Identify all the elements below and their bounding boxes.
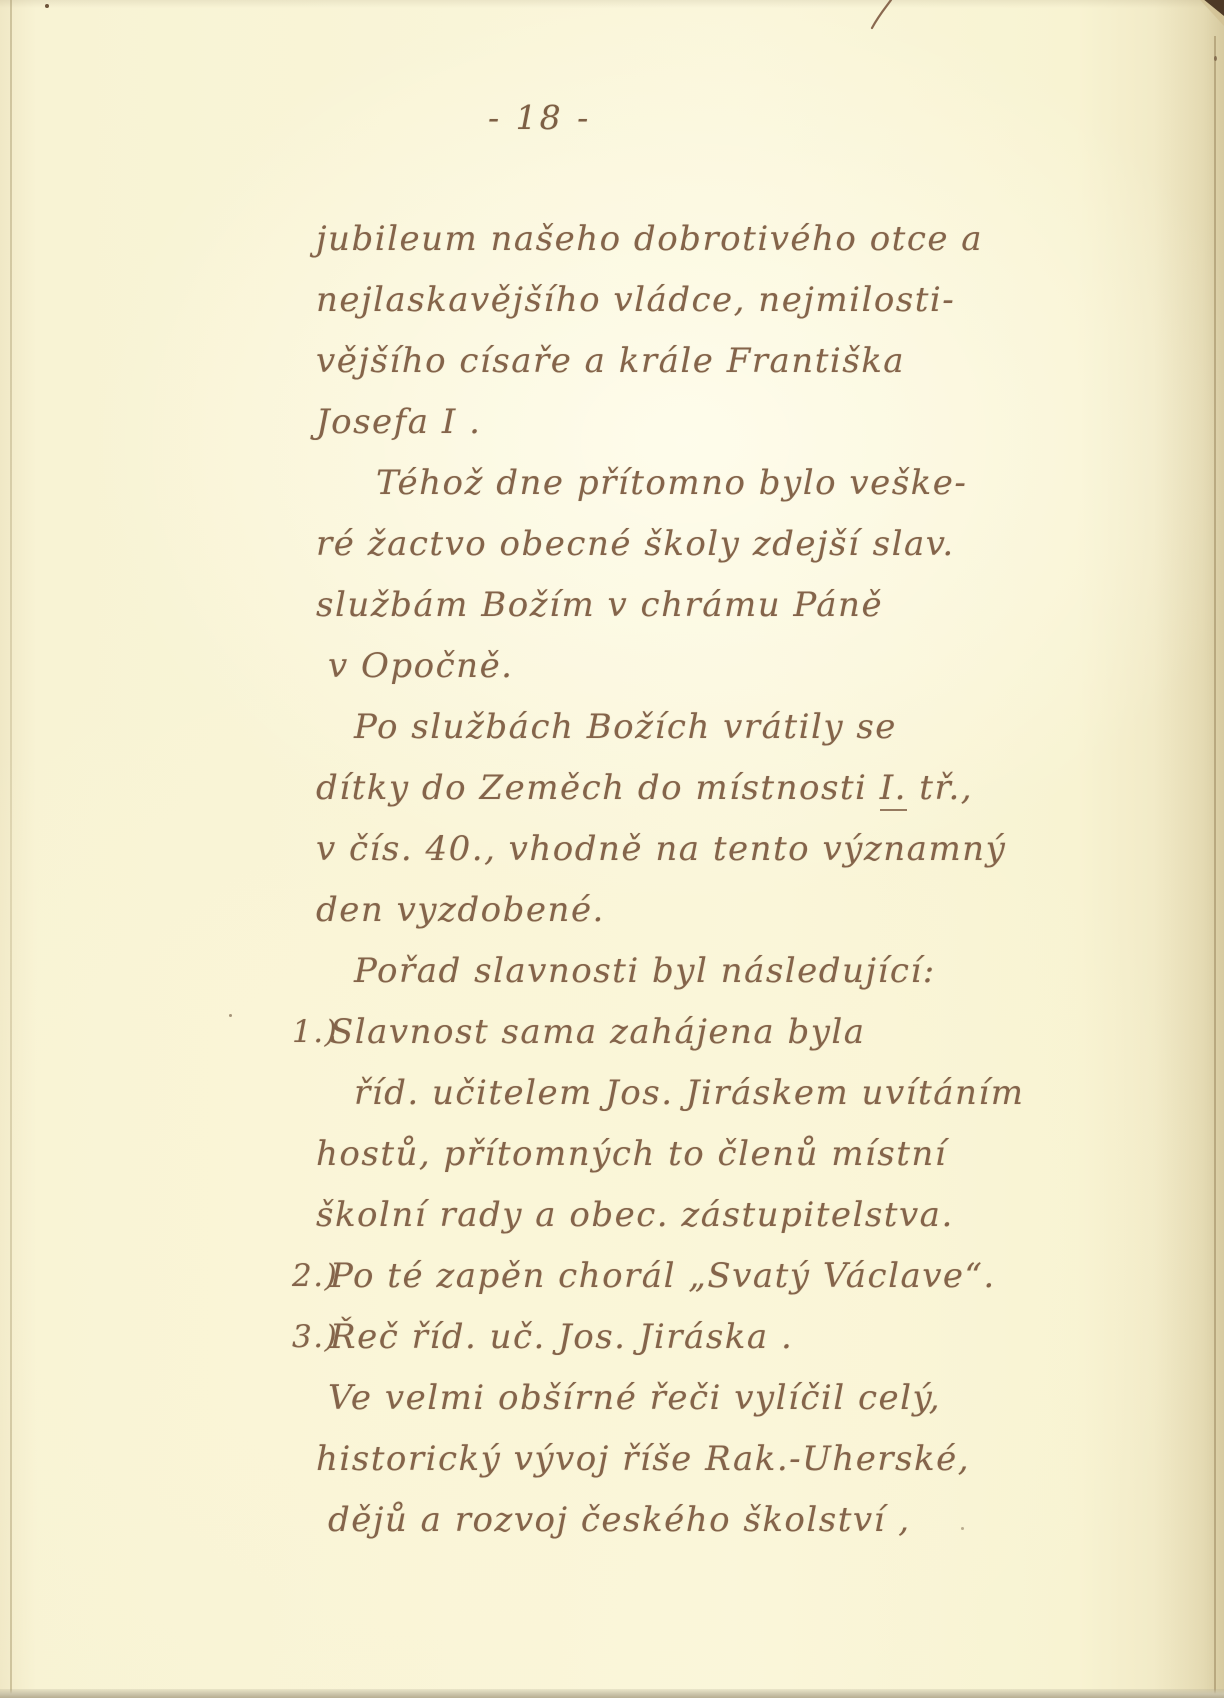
ink-speck [1214, 56, 1217, 61]
bottom-page-edge-shadow [0, 1689, 1224, 1698]
page-number: - 18 - [488, 98, 688, 137]
manuscript-line: říd. učitelem Jos. Jiráskem uvítáním [354, 1063, 1150, 1124]
stray-ink-stroke [866, 0, 898, 32]
manuscript-line: v čís. 40., vhodně na tento významný [316, 819, 1150, 880]
line-segment: Po té zapěn chorál „Svatý Václave“. [330, 1256, 996, 1296]
manuscript-line: hostů, přítomných to členů místní [316, 1124, 1150, 1185]
list-number: 1.) [292, 1002, 338, 1063]
list-number: 2.) [292, 1246, 338, 1307]
line-segment: tř., [907, 768, 973, 808]
manuscript-list-line: 3.)Řeč říd. uč. Jos. Jiráska . [330, 1307, 1150, 1368]
manuscript-line: Po službách Božích vrátily se [354, 697, 1150, 758]
manuscript-list-line: 1.)Slavnost sama zahájena byla [330, 1002, 1150, 1063]
manuscript-line: historický vývoj říše Rak.-Uherské, [316, 1429, 1150, 1490]
manuscript-page: - 18 - jubileum našeho dobrotivého otce … [0, 0, 1224, 1698]
manuscript-line: Josefa I . [316, 392, 1150, 453]
line-segment: dítky do Zeměch do místnosti [316, 768, 880, 808]
manuscript-line: den vyzdobené. [316, 880, 1150, 941]
line-segment: Řeč říd. uč. Jos. Jiráska . [330, 1317, 793, 1357]
manuscript-text-block: jubileum našeho dobrotivého otce a nejla… [310, 209, 1150, 1551]
manuscript-line: Téhož dne přítomno bylo veške- [376, 453, 1150, 514]
ink-speck [45, 4, 49, 8]
manuscript-line: Ve velmi obšírné řeči vylíčil celý, [328, 1368, 1150, 1429]
manuscript-line: vějšího císaře a krále Františka [316, 331, 1150, 392]
manuscript-line: ré žactvo obecné školy zdejší slav. [316, 514, 1150, 575]
left-page-crease [10, 0, 12, 1698]
ink-speck [229, 1014, 232, 1017]
manuscript-line: jubileum našeho dobrotivého otce a [316, 209, 1150, 270]
manuscript-line: dítky do Zeměch do místnosti I. tř., [316, 758, 1150, 819]
underlined-segment: I. [880, 768, 907, 811]
right-page-edge-line [1214, 36, 1216, 1698]
top-edge-shading [0, 0, 1224, 8]
manuscript-list-line: 2.)Po té zapěn chorál „Svatý Václave“. [330, 1246, 1150, 1307]
manuscript-line: službám Božím v chrámu Páně [316, 575, 1150, 636]
manuscript-line: Pořad slavnosti byl následující: [354, 941, 1150, 1002]
manuscript-line: nejlaskavějšího vládce, nejmilosti- [316, 270, 1150, 331]
line-segment: Slavnost sama zahájena byla [330, 1012, 866, 1052]
manuscript-line: školní rady a obec. zástupitelstva. [316, 1185, 1150, 1246]
manuscript-line: dějů a rozvoj českého školství , [328, 1490, 1150, 1551]
manuscript-line: v Opočně. [328, 636, 1150, 697]
list-number: 3.) [292, 1307, 338, 1368]
